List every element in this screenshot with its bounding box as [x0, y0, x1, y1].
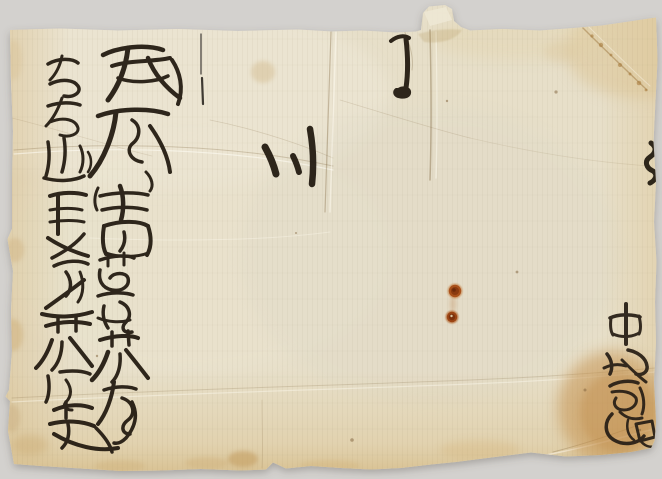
round-stain-small: [251, 61, 275, 83]
document-photo: [0, 0, 662, 479]
ink-spot-lower: [446, 311, 459, 324]
photo-backdrop: [0, 0, 662, 479]
